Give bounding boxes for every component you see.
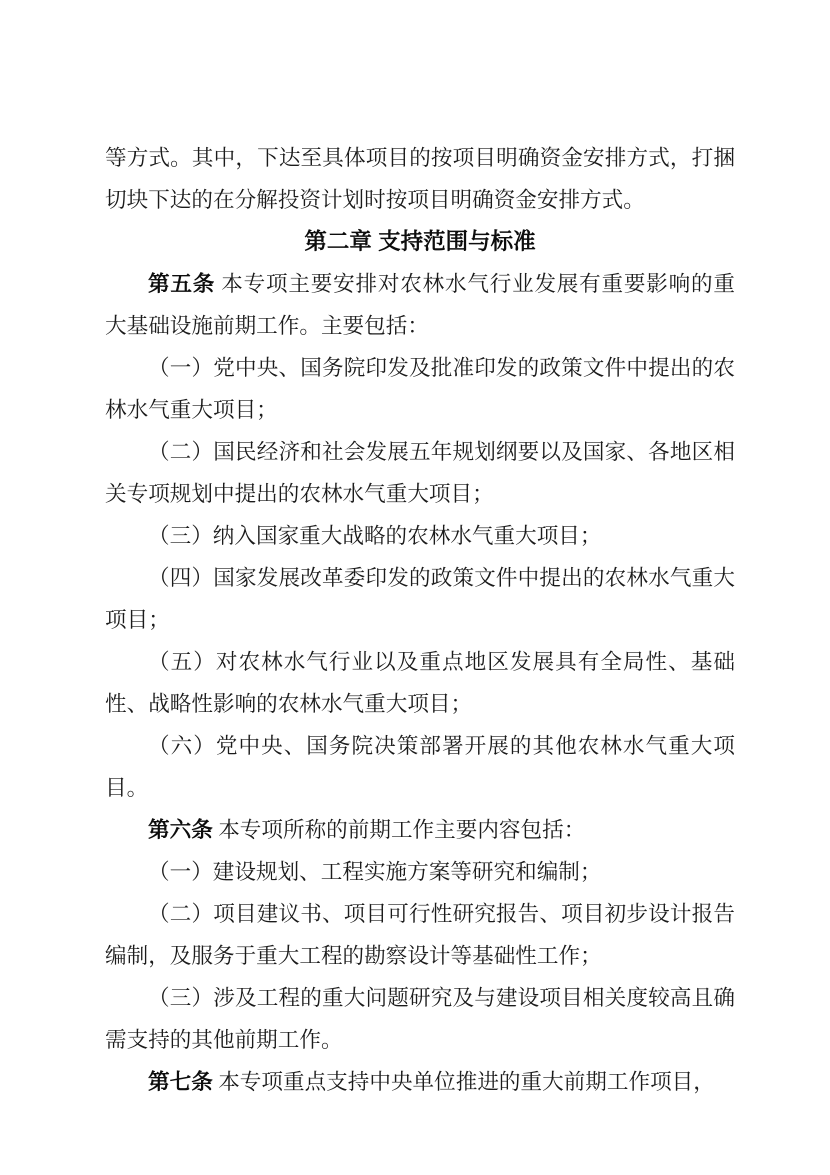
article-6: 第六条 本专项所称的前期工作主要内容包括：: [105, 809, 735, 851]
bold-run: 第五条: [148, 271, 215, 296]
article-5-item-2: （二）国民经济和社会发展五年规划纲要以及国家、各地区相关专项规划中提出的农林水气…: [105, 431, 735, 515]
text-run: 本专项所称的前期工作主要内容包括：: [213, 818, 586, 842]
text-run: （一）建设规划、工程实施方案等研究和编制；: [148, 860, 601, 884]
article-5: 第五条 本专项主要安排对农林水气行业发展有重要影响的重大基础设施前期工作。主要包…: [105, 263, 735, 347]
text-run: 本专项重点支持中央单位推进的重大前期工作项目，: [213, 1070, 715, 1094]
text-run: （三）纳入国家重大战略的农林水气重大项目；: [148, 524, 601, 548]
bold-run: 第七条: [148, 1069, 213, 1094]
bold-run: 第二章 支持范围与标准: [304, 229, 535, 254]
article-6-item-2: （二）项目建议书、项目可行性研究报告、项目初步设计报告编制，及服务于重大工程的勘…: [105, 893, 735, 977]
text-run: （六）党中央、国务院决策部署开展的其他农林水气重大项目。: [105, 734, 735, 800]
chapter-heading: 第二章 支持范围与标准: [105, 221, 735, 263]
article-5-item-6: （六）党中央、国务院决策部署开展的其他农林水气重大项目。: [105, 725, 735, 809]
article-5-item-3: （三）纳入国家重大战略的农林水气重大项目；: [105, 515, 735, 557]
article-5-item-1: （一）党中央、国务院印发及批准印发的政策文件中提出的农林水气重大项目；: [105, 347, 735, 431]
paragraph-continuation: 等方式。其中，下达至具体项目的按项目明确资金安排方式，打捆切块下达的在分解投资计…: [105, 137, 735, 221]
text-run: （三）涉及工程的重大问题研究及与建设项目相关度较高且确需支持的其他前期工作。: [105, 986, 735, 1052]
article-5-item-5: （五）对农林水气行业以及重点地区发展具有全局性、基础性、战略性影响的农林水气重大…: [105, 641, 735, 725]
article-6-item-3: （三）涉及工程的重大问题研究及与建设项目相关度较高且确需支持的其他前期工作。: [105, 977, 735, 1061]
bold-run: 第六条: [148, 817, 213, 842]
article-5-item-4: （四）国家发展改革委印发的政策文件中提出的农林水气重大项目；: [105, 557, 735, 641]
text-run: （二）国民经济和社会发展五年规划纲要以及国家、各地区相关专项规划中提出的农林水气…: [105, 440, 735, 506]
article-7: 第七条 本专项重点支持中央单位推进的重大前期工作项目，: [105, 1061, 735, 1103]
article-6-item-1: （一）建设规划、工程实施方案等研究和编制；: [105, 851, 735, 893]
text-run: （五）对农林水气行业以及重点地区发展具有全局性、基础性、战略性影响的农林水气重大…: [105, 650, 735, 716]
text-run: （四）国家发展改革委印发的政策文件中提出的农林水气重大项目；: [105, 566, 735, 632]
document-page: 等方式。其中，下达至具体项目的按项目明确资金安排方式，打捆切块下达的在分解投资计…: [0, 0, 830, 1175]
text-run: （二）项目建议书、项目可行性研究报告、项目初步设计报告编制，及服务于重大工程的勘…: [105, 902, 735, 968]
document-body: 等方式。其中，下达至具体项目的按项目明确资金安排方式，打捆切块下达的在分解投资计…: [105, 137, 735, 1103]
text-run: （一）党中央、国务院印发及批准印发的政策文件中提出的农林水气重大项目；: [105, 356, 735, 422]
text-run: 等方式。其中，下达至具体项目的按项目明确资金安排方式，打捆切块下达的在分解投资计…: [105, 146, 735, 212]
